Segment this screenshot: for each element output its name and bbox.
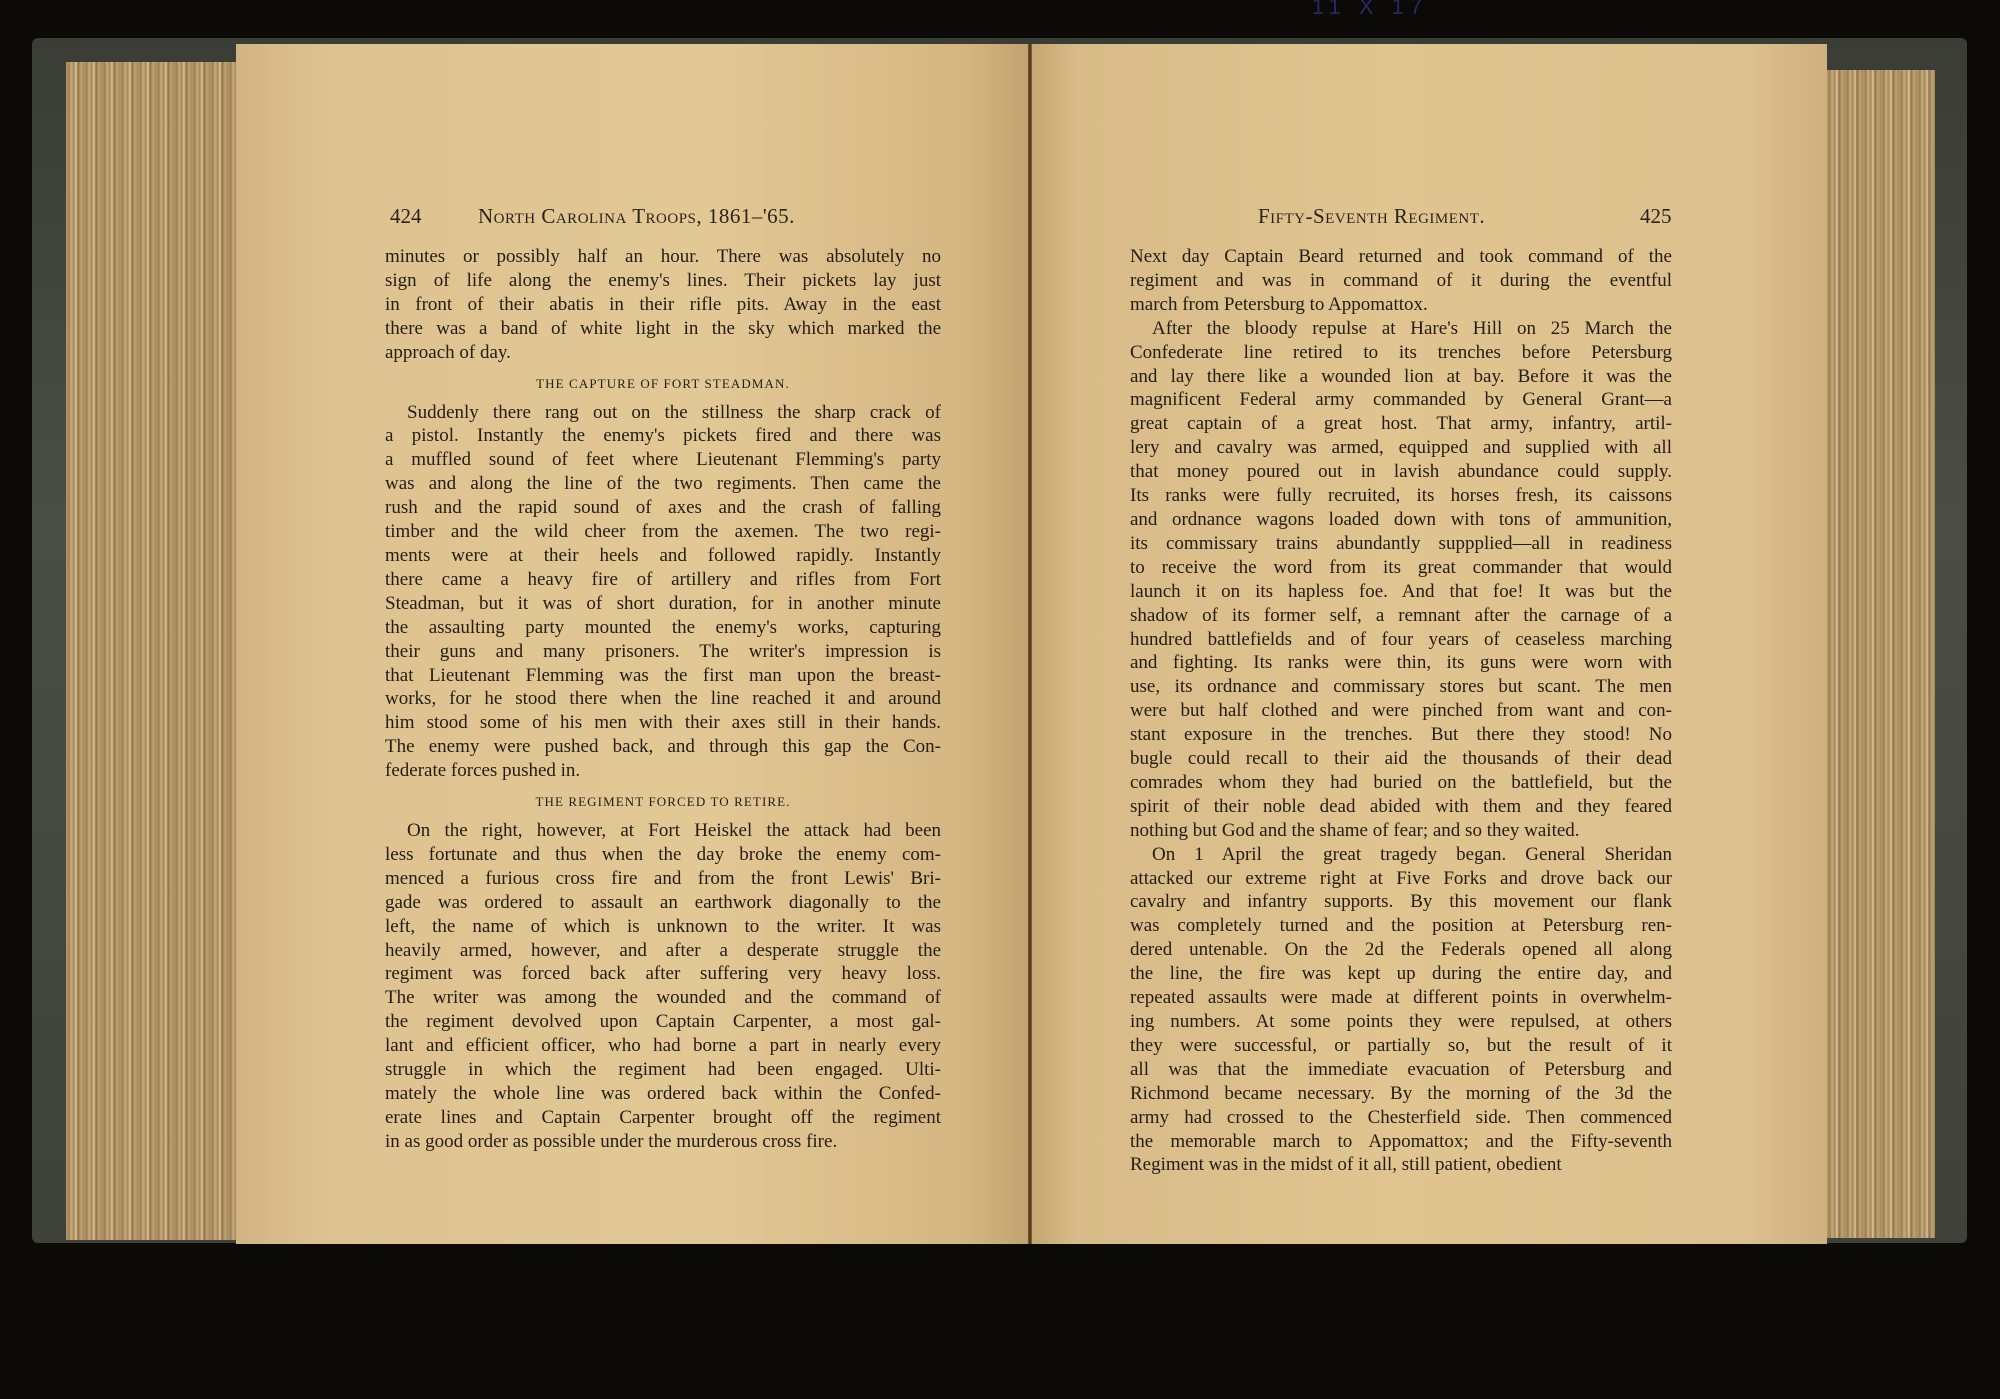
right-page-body: Next day Captain Beard returned and took…	[1130, 245, 1672, 1177]
text-line: was completely turned and the position a…	[1130, 914, 1672, 938]
text-line: Confederate line retired to its trenches…	[1130, 341, 1672, 365]
left-page-number: 424	[390, 204, 422, 229]
text-line: the assaulting party mounted the enemy's…	[385, 616, 941, 640]
right-page-number: 425	[1640, 204, 1672, 229]
text-line: great captain of a great host. That army…	[1130, 412, 1672, 436]
text-line: minutes or possibly half an hour. There …	[385, 245, 941, 269]
paragraph: On the right, however, at Fort Heiskel t…	[385, 819, 941, 1154]
text-line: regiment and was in command of it during…	[1130, 269, 1672, 293]
text-line: ing numbers. At some points they were re…	[1130, 1010, 1672, 1034]
text-line: The enemy were pushed back, and through …	[385, 735, 941, 759]
text-line: On the right, however, at Fort Heiskel t…	[385, 819, 941, 843]
text-line: less fortunate and thus when the day bro…	[385, 843, 941, 867]
text-line: works, for he stood there when the line …	[385, 687, 941, 711]
text-line: the regiment devolved upon Captain Carpe…	[385, 1010, 941, 1034]
text-line: in as good order as possible under the m…	[385, 1130, 941, 1154]
text-line: repeated assaults were made at different…	[1130, 986, 1672, 1010]
text-line: a pistol. Instantly the enemy's pickets …	[385, 424, 941, 448]
text-line: a muffled sound of feet where Lieutenant…	[385, 448, 941, 472]
text-line: ments were at their heels and followed r…	[385, 544, 941, 568]
text-line: launch it on its hapless foe. And that f…	[1130, 580, 1672, 604]
text-line: their guns and many prisoners. The write…	[385, 640, 941, 664]
paragraph: On 1 April the great tragedy began. Gene…	[1130, 843, 1672, 1178]
text-line: use, its ordnance and commissary stores …	[1130, 675, 1672, 699]
text-line: its commissary trains abundantly supppli…	[1130, 532, 1672, 556]
text-line: the line, the fire was kept up during th…	[1130, 962, 1672, 986]
text-line: lery and cavalry was armed, equipped and…	[1130, 436, 1672, 460]
text-line: lant and efficient officer, who had born…	[385, 1034, 941, 1058]
text-line: gade was ordered to assault an earthwork…	[385, 891, 941, 915]
text-line: Suddenly there rang out on the stillness…	[385, 401, 941, 425]
book-gutter	[1028, 44, 1032, 1244]
text-line: spirit of their noble dead abided with t…	[1130, 795, 1672, 819]
text-line: comrades whom they had buried on the bat…	[1130, 771, 1672, 795]
text-line: that money poured out in lavish abundanc…	[1130, 460, 1672, 484]
paragraph: Suddenly there rang out on the stillness…	[385, 401, 941, 784]
text-line: was and along the line of the two regime…	[385, 472, 941, 496]
text-line: Regiment was in the midst of it all, sti…	[1130, 1153, 1672, 1177]
text-line: him stood some of his men with their axe…	[385, 711, 941, 735]
section-heading: THE REGIMENT FORCED TO RETIRE.	[385, 793, 941, 811]
text-line: sign of life along the enemy's lines. Th…	[385, 269, 941, 293]
right-running-head: Fifty-Seventh Regiment.	[1258, 204, 1485, 229]
text-line: menced a furious cross fire and from the…	[385, 867, 941, 891]
text-line: After the bloody repulse at Hare's Hill …	[1130, 317, 1672, 341]
text-line: that Lieutenant Flemming was the first m…	[385, 664, 941, 688]
paragraph: minutes or possibly half an hour. There …	[385, 245, 941, 365]
text-line: shadow of its former self, a remnant aft…	[1130, 604, 1672, 628]
right-page-stack	[1827, 70, 1935, 1238]
text-line: cavalry and infantry supports. By this m…	[1130, 890, 1672, 914]
text-line: timber and the wild cheer from the axeme…	[385, 520, 941, 544]
text-line: were but half clothed and were pinched f…	[1130, 699, 1672, 723]
paragraph: After the bloody repulse at Hare's Hill …	[1130, 317, 1672, 843]
text-line: rush and the rapid sound of axes and the…	[385, 496, 941, 520]
left-running-head-text: North Carolina Troops, 1861–'65.	[478, 204, 795, 228]
text-line: nothing but God and the shame of fear; a…	[1130, 819, 1672, 843]
left-running-head: North Carolina Troops, 1861–'65.	[478, 204, 795, 229]
text-line: regiment was forced back after suffering…	[385, 962, 941, 986]
text-line: there was a band of white light in the s…	[385, 317, 941, 341]
text-line: to receive the word from its great comma…	[1130, 556, 1672, 580]
text-line: dered untenable. On the 2d the Federals …	[1130, 938, 1672, 962]
text-line: all was that the immediate evacuation of…	[1130, 1058, 1672, 1082]
section-heading: THE CAPTURE OF FORT STEADMAN.	[385, 375, 941, 393]
paragraph: Next day Captain Beard returned and took…	[1130, 245, 1672, 317]
scan-size-label: 11 X 17	[1210, 0, 1530, 18]
text-line: the memorable march to Appomattox; and t…	[1130, 1130, 1672, 1154]
text-line: they were successful, or partially so, b…	[1130, 1034, 1672, 1058]
text-line: On 1 April the great tragedy began. Gene…	[1130, 843, 1672, 867]
text-line: march from Petersburg to Appomattox.	[1130, 293, 1672, 317]
text-line: in front of their abatis in their rifle …	[385, 293, 941, 317]
text-line: magnificent Federal army commanded by Ge…	[1130, 388, 1672, 412]
text-line: federate forces pushed in.	[385, 759, 941, 783]
text-line: left, the name of which is unknown to th…	[385, 915, 941, 939]
text-line: Steadman, but it was of short duration, …	[385, 592, 941, 616]
text-line: Its ranks were fully recruited, its hors…	[1130, 484, 1672, 508]
right-running-head-text: Fifty-Seventh Regiment.	[1258, 204, 1485, 228]
text-line: hundred battlefields and of four years o…	[1130, 628, 1672, 652]
text-line: attacked our extreme right at Five Forks…	[1130, 867, 1672, 891]
text-line: erate lines and Captain Carpenter brough…	[385, 1106, 941, 1130]
text-line: Next day Captain Beard returned and took…	[1130, 245, 1672, 269]
left-page-stack	[66, 62, 236, 1240]
text-line: and ordnance wagons loaded down with ton…	[1130, 508, 1672, 532]
text-line: Richmond became necessary. By the mornin…	[1130, 1082, 1672, 1106]
text-line: mately the whole line was ordered back w…	[385, 1082, 941, 1106]
left-page-body: minutes or possibly half an hour. There …	[385, 245, 941, 1154]
text-line: stant exposure in the trenches. But ther…	[1130, 723, 1672, 747]
text-line: army had crossed to the Chesterfield sid…	[1130, 1106, 1672, 1130]
text-line: there came a heavy fire of artillery and…	[385, 568, 941, 592]
text-line: struggle in which the regiment had been …	[385, 1058, 941, 1082]
text-line: and fighting. Its ranks were thin, its g…	[1130, 651, 1672, 675]
text-line: approach of day.	[385, 341, 941, 365]
text-line: The writer was among the wounded and the…	[385, 986, 941, 1010]
text-line: bugle could recall to their aid the thou…	[1130, 747, 1672, 771]
text-line: and lay there like a wounded lion at bay…	[1130, 365, 1672, 389]
text-line: heavily armed, however, and after a desp…	[385, 939, 941, 963]
